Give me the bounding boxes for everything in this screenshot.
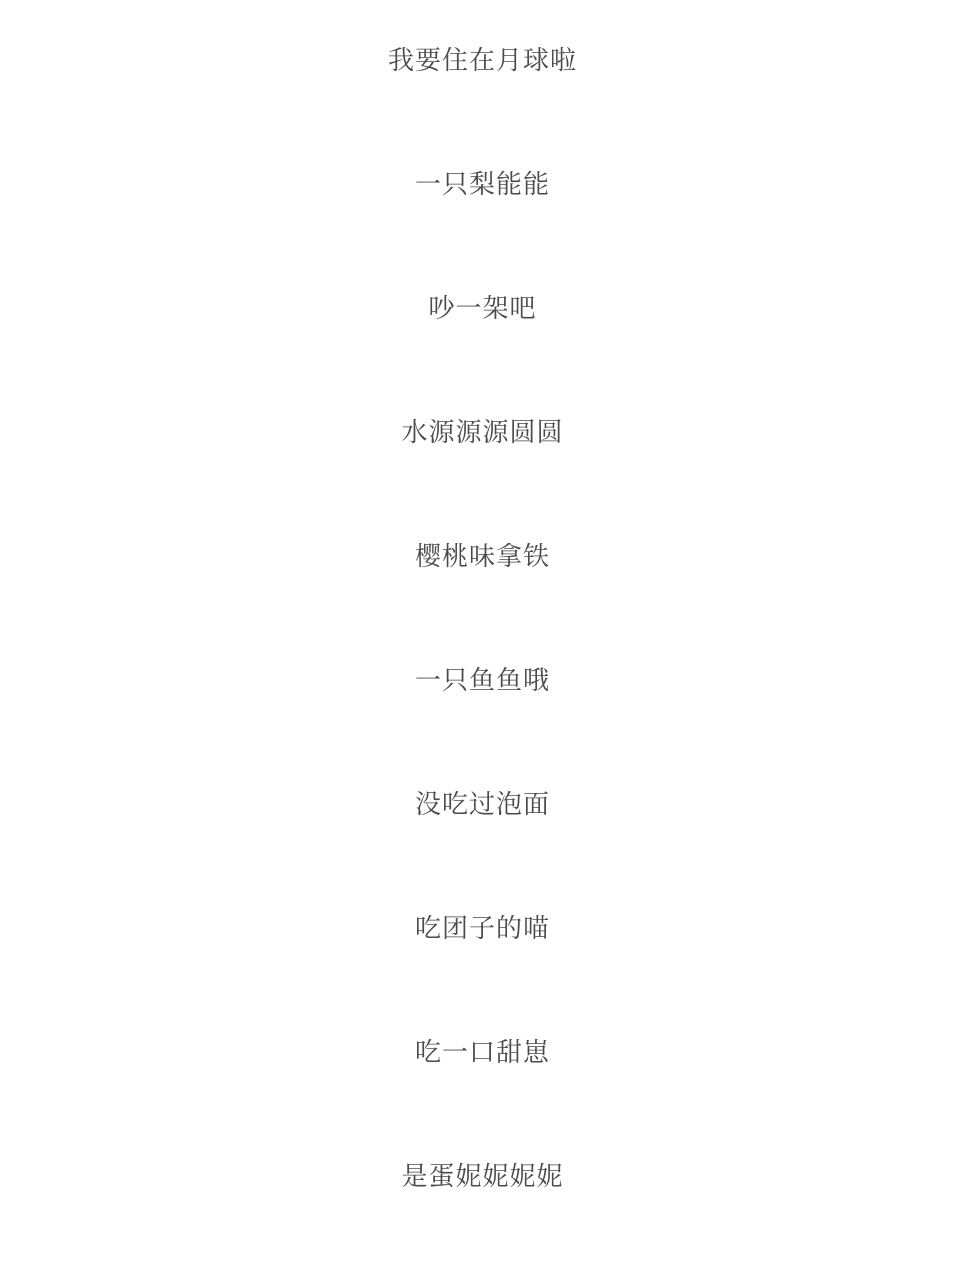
list-item: 一只梨能能 bbox=[0, 165, 965, 205]
list-item: 樱桃味拿铁 bbox=[0, 537, 965, 577]
list-item: 吃团子的喵 bbox=[0, 909, 965, 949]
list-item: 水源源源圆圆 bbox=[0, 413, 965, 453]
list-item: 是蛋妮妮妮妮 bbox=[0, 1157, 965, 1197]
list-item: 一只鱼鱼哦 bbox=[0, 661, 965, 701]
list-item: 吃一口甜崽 bbox=[0, 1033, 965, 1073]
list-item: 我要住在月球啦 bbox=[0, 41, 965, 81]
list-item: 吵一架吧 bbox=[0, 289, 965, 329]
list-item: 没吃过泡面 bbox=[0, 785, 965, 825]
